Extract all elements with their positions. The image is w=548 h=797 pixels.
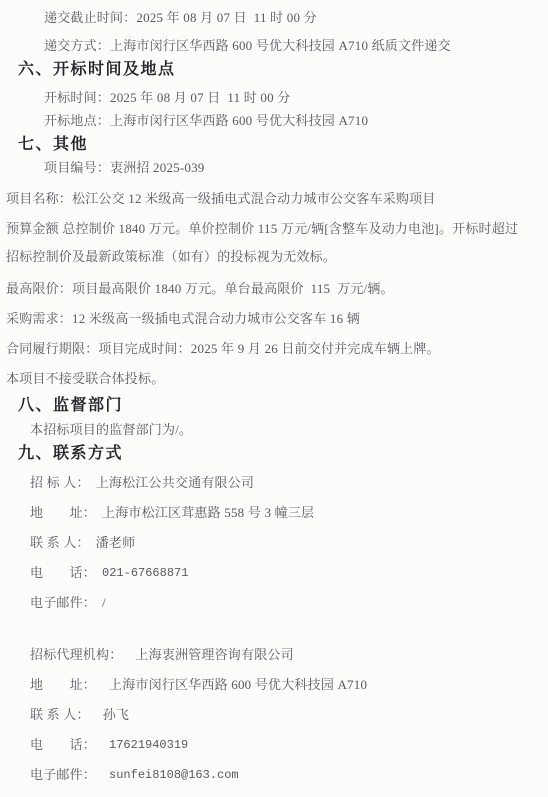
agency-name-row: 招标代理机构： 上海衷洲管理咨询有限公司 <box>30 645 542 665</box>
submission-method-line: 递交方式：上海市闵行区华西路 600 号优大科技园 A710 纸质文件递交 <box>44 36 542 56</box>
section-heading-open-bid: 六、开标时间及地点 <box>18 59 542 81</box>
section-heading-other: 七、其他 <box>18 134 542 156</box>
agency-contact-person-value: 孙飞 <box>103 705 129 725</box>
agency-phone-label: 电 话： <box>30 735 96 755</box>
budget-line-1: 预算金额 总控制价 1840 万元。单价控制价 115 万元/辆[含整车及动力电… <box>6 219 542 239</box>
bidder-contact-person-row: 联 系 人： 潘老师 <box>30 533 542 553</box>
bidder-address-row: 地 址： 上海市松江区茸惠路 558 号 3 幢三层 <box>30 503 542 523</box>
bidder-phone-label: 电 话： <box>30 563 96 583</box>
bidder-name-value: 上海松江公共交通有限公司 <box>96 473 254 493</box>
agency-address-value: 上海市闵行区华西路 600 号优大科技园 A710 <box>109 675 367 695</box>
document-page: 递交截止时间：2025 年 08 月 07 日 11 时 00 分 递交方式：上… <box>0 0 548 797</box>
contract-period-line: 合同履行期限：项目完成时间：2025 年 9 月 26 日前交付并完成车辆上牌。 <box>6 339 542 359</box>
procurement-demand-line: 采购需求：12 米级高一级插电式混合动力城市公交客车 16 辆 <box>6 309 542 329</box>
bidder-contact-person-label: 联 系 人： <box>30 533 90 553</box>
agency-phone-value: 17621940319 <box>109 735 188 755</box>
bidder-email-row: 电子邮件： / <box>30 593 542 613</box>
agency-name-value: 上海衷洲管理咨询有限公司 <box>135 645 293 665</box>
max-price-line: 最高限价：项目最高限价 1840 万元。单台最高限价 115 万元/辆。 <box>6 279 542 299</box>
open-bid-time-line: 开标时间：2025 年 08 月 07 日 11 时 00 分 <box>44 88 542 108</box>
bidder-address-value: 上海市松江区茸惠路 558 号 3 幢三层 <box>102 503 314 523</box>
agency-contact-person-row: 联 系 人： 孙飞 <box>30 705 542 725</box>
agency-contact-person-label: 联 系 人： <box>30 705 90 725</box>
agency-email-row: 电子邮件： sunfei8108@163.com <box>30 765 542 785</box>
bidder-phone-value: 021-67668871 <box>102 563 188 583</box>
agency-name-label: 招标代理机构： <box>30 645 122 665</box>
bidder-address-label: 地 址： <box>30 503 96 523</box>
project-number-line: 项目编号：衷洲招 2025-039 <box>44 158 542 178</box>
bidder-email-label: 电子邮件： <box>30 593 96 613</box>
bidder-name-row: 招 标 人： 上海松江公共交通有限公司 <box>30 473 542 493</box>
bidder-email-value: / <box>102 593 106 613</box>
submission-deadline-line: 递交截止时间：2025 年 08 月 07 日 11 时 00 分 <box>44 8 542 28</box>
agency-email-value: sunfei8108@163.com <box>109 765 239 785</box>
section-heading-supervision: 八、监督部门 <box>18 395 542 417</box>
supervision-body-line: 本招标项目的监督部门为/。 <box>30 420 542 440</box>
agency-phone-row: 电 话： 17621940319 <box>30 735 542 755</box>
bidder-phone-row: 电 话： 021-67668871 <box>30 563 542 583</box>
bidder-contact-person-value: 潘老师 <box>96 533 136 553</box>
project-name-line: 项目名称：松江公交 12 米级高一级插电式混合动力城市公交客车采购项目 <box>6 189 542 209</box>
open-bid-place-line: 开标地点：上海市闵行区华西路 600 号优大科技园 A710 <box>44 111 542 131</box>
agency-address-label: 地 址： <box>30 675 96 695</box>
agency-email-label: 电子邮件： <box>30 765 96 785</box>
bidder-name-label: 招 标 人： <box>30 473 90 493</box>
no-consortium-line: 本项目不接受联合体投标。 <box>6 369 542 389</box>
agency-address-row: 地 址： 上海市闵行区华西路 600 号优大科技园 A710 <box>30 675 542 695</box>
budget-line-2: 招标控制价及最新政策标准（如有）的投标视为无效标。 <box>6 247 542 267</box>
section-heading-contact: 九、联系方式 <box>18 443 542 465</box>
